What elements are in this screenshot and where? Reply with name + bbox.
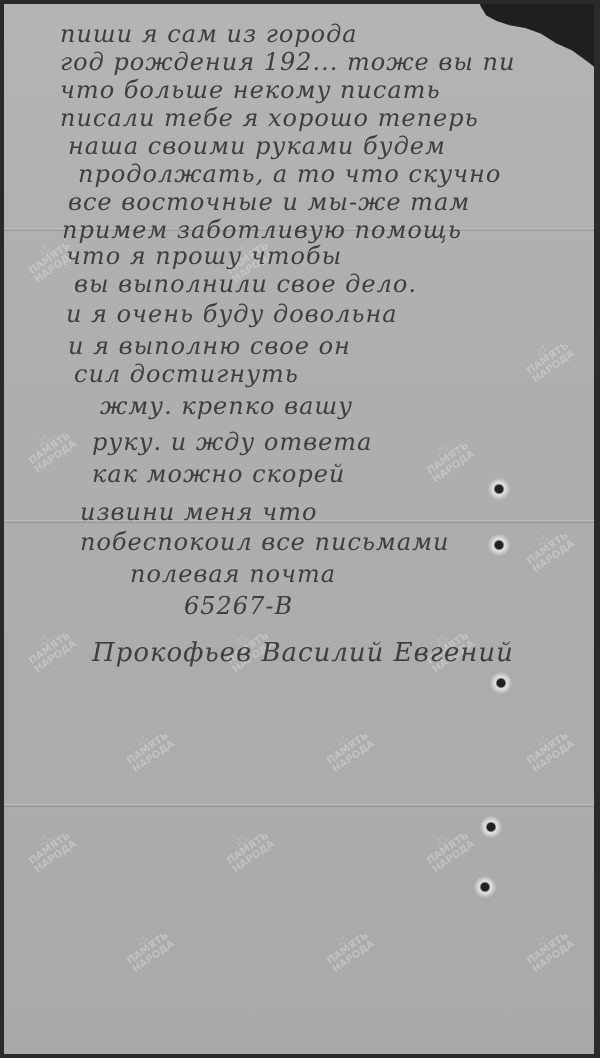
star-icon: ☆ — [118, 936, 167, 946]
star-icon: ☆ — [518, 936, 567, 946]
watermark: ☆ПАМЯТЬНАРОДА — [120, 723, 177, 775]
watermark: ☆ПАМЯТЬНАРОДА — [220, 823, 277, 875]
star-icon: ☆ — [20, 436, 69, 446]
punch-hole — [488, 534, 510, 556]
watermark: ☆ПАМЯТЬНАРОДА — [520, 723, 577, 775]
letter-page: ☆ПАМЯТЬНАРОДА ☆ПАМЯТЬНАРОДА ☆ПАМЯТЬНАРОД… — [4, 4, 594, 1054]
star-icon: ☆ — [20, 836, 69, 846]
letter-line: извини меня что — [80, 498, 317, 526]
watermark: ☆ПАМЯТЬНАРОДА — [22, 423, 79, 475]
letter-line: наша своими руками будем — [68, 132, 446, 160]
letter-line: руку. и жду ответа — [92, 428, 372, 456]
watermark: ☆ПАМЯТЬНАРОДА — [520, 923, 577, 975]
punch-hole — [480, 816, 502, 838]
star-icon: ☆ — [518, 536, 567, 546]
field-post-number: 65267-В — [184, 592, 293, 620]
letter-line: жму. крепко вашу — [100, 392, 353, 420]
letter-line: продолжать, а то что скучно — [78, 160, 501, 188]
star-icon: ☆ — [418, 446, 467, 456]
punch-hole — [490, 672, 512, 694]
letter-line: примем заботливую помощь — [62, 216, 462, 244]
star-icon: ☆ — [218, 836, 267, 846]
letter-line: писали тебе я хорошо теперь — [60, 104, 479, 132]
watermark: ☆ПАМЯТЬНАРОДА — [320, 723, 377, 775]
punch-hole — [474, 876, 496, 898]
letter-line: год рождения 192... тоже вы пи — [60, 48, 515, 76]
star-icon: ☆ — [518, 346, 567, 356]
letter-line: побеспокоил все письмами — [80, 528, 449, 556]
watermark: ☆ПАМЯТЬНАРОДА — [120, 923, 177, 975]
letter-line: пиши я сам из города — [60, 20, 358, 48]
letter-line: как можно скорей — [92, 460, 345, 488]
fold-line — [4, 804, 594, 807]
signature: Прокофьев Василий Евгений — [92, 638, 514, 668]
letter-line: и я выполню свое он — [68, 332, 351, 360]
watermark: ☆ПАМЯТЬНАРОДА — [520, 333, 577, 385]
watermark: ☆ПАМЯТЬНАРОДА — [420, 823, 477, 875]
letter-line: сил достигнуть — [74, 360, 299, 388]
watermark: ☆ПАМЯТЬНАРОДА — [22, 823, 79, 875]
letter-line: вы выполнили свое дело. — [74, 270, 417, 298]
star-icon: ☆ — [318, 936, 367, 946]
star-icon: ☆ — [418, 836, 467, 846]
watermark: ☆ПАМЯТЬНАРОДА — [520, 523, 577, 575]
watermark: ☆ПАМЯТЬНАРОДА — [22, 623, 79, 675]
field-post-label: полевая почта — [130, 560, 336, 588]
star-icon: ☆ — [118, 736, 167, 746]
star-icon: ☆ — [518, 736, 567, 746]
star-icon: ☆ — [20, 246, 69, 256]
star-icon: ☆ — [318, 736, 367, 746]
letter-line: что больше некому писать — [60, 76, 441, 104]
letter-line: и я очень буду довольна — [66, 300, 398, 328]
punch-hole — [488, 478, 510, 500]
watermark: ☆ПАМЯТЬНАРОДА — [420, 433, 477, 485]
watermark: ☆ПАМЯТЬНАРОДА — [320, 923, 377, 975]
letter-line: что я прошу чтобы — [66, 242, 342, 270]
star-icon: ☆ — [20, 636, 69, 646]
letter-line: все восточные и мы-же там — [68, 188, 470, 216]
